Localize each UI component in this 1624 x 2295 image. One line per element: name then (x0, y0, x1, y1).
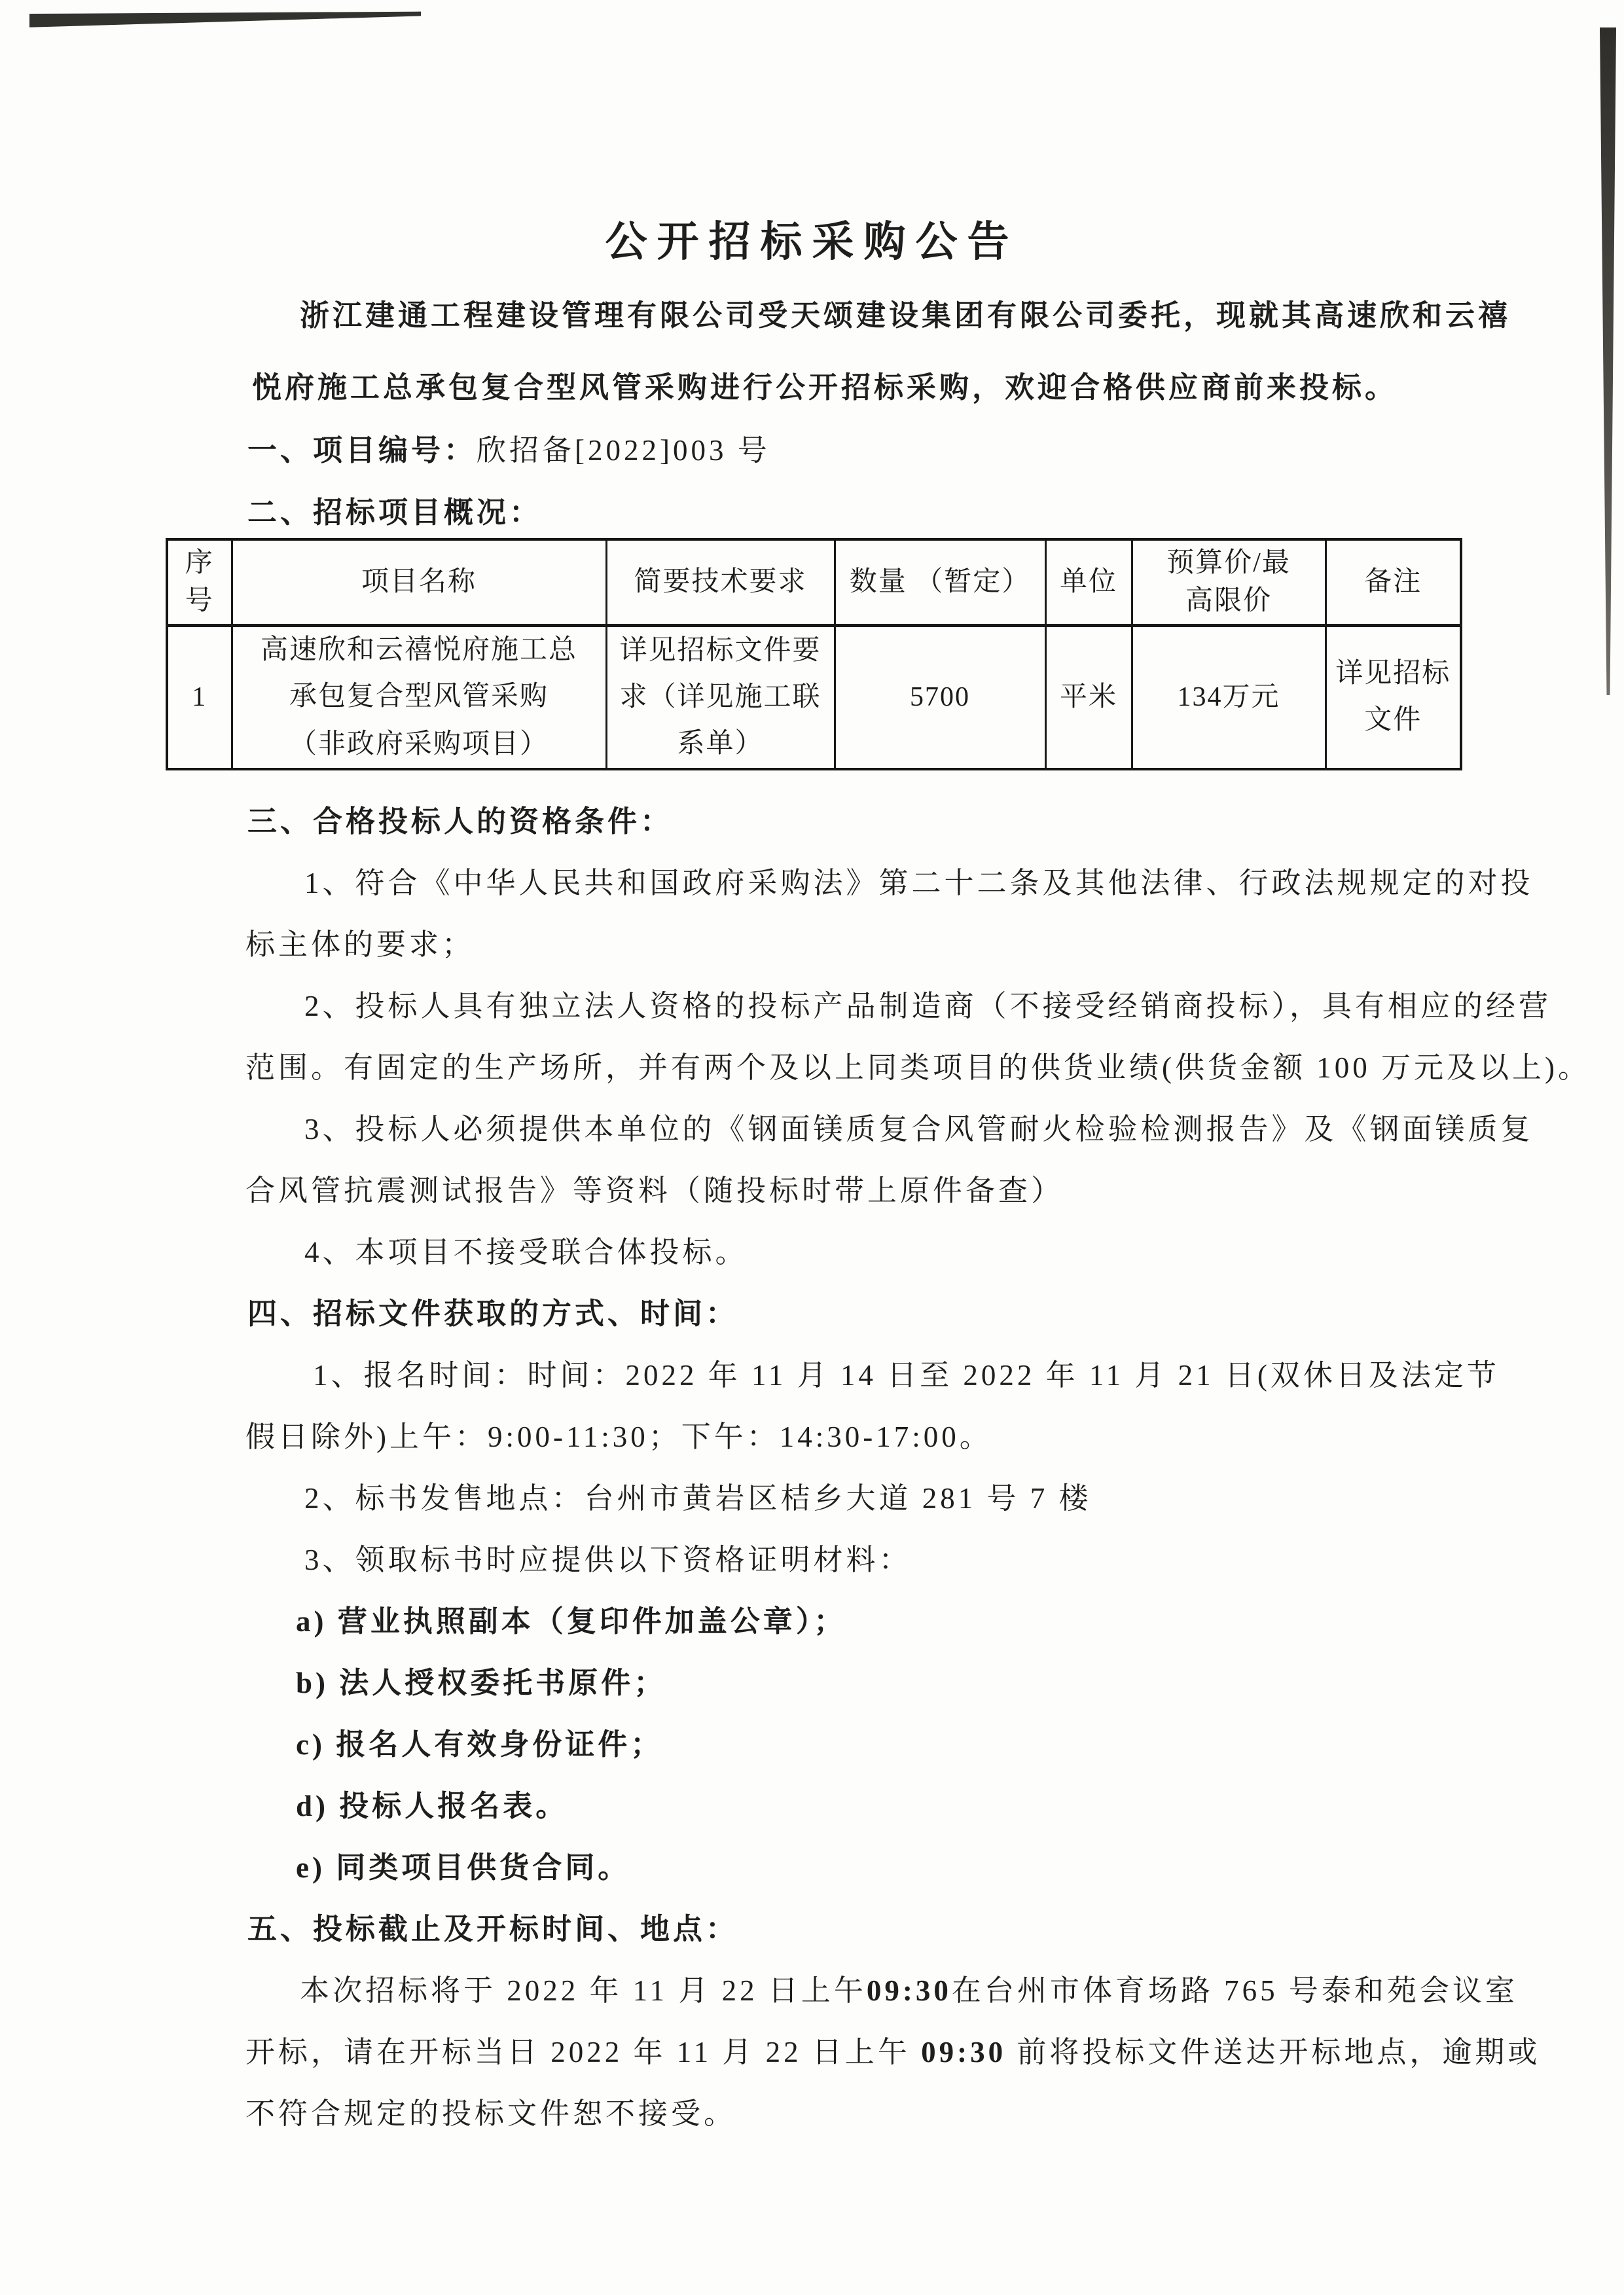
s3-item3-line2: 合风管抗震测试报告》等资料（随投标时带上原件备查） (245, 1171, 1064, 1210)
cell-unit: 平米 (1045, 625, 1132, 769)
s4-item3: 3、领取标书时应提供以下资格证明材料： (304, 1540, 912, 1580)
project-name-note: （非政府采购项目） (258, 721, 580, 768)
s5-l2-text-a: 开标，请在开标当日 2022 年 11 月 22 日上午 (245, 2036, 921, 2069)
page-title: 公开招标采购公告 (0, 208, 1624, 268)
cell-quantity: 5700 (835, 625, 1045, 769)
section-1-label: 一、项目编号： (247, 434, 477, 467)
s5-l2-text-c: 前将投标文件送达开标地点，逾期或 (1006, 2036, 1540, 2069)
header-serial-no: 序号 (167, 539, 232, 625)
s4-sub-a: a) 营业执照副本（复印件加盖公章）； (296, 1602, 846, 1641)
header-remark: 备注 (1326, 539, 1461, 625)
s4-sub-e: e) 同类项目供货合同。 (296, 1848, 630, 1887)
cell-budget-price: 134万元 (1132, 625, 1326, 769)
project-number-value: 欣招备[2022]003 号 (477, 434, 770, 467)
s4-sub-c: c) 报名人有效身份证件； (296, 1725, 663, 1764)
s5-paragraph-line1: 本次招标将于 2022 年 11 月 22 日上午09:30在台州市体育场路 7… (300, 1971, 1518, 2010)
cell-remark: 详见招标文件 (1326, 625, 1461, 769)
header-project-name: 项目名称 (232, 539, 606, 625)
s5-l2-time: 09:30 (921, 2036, 1006, 2069)
table-row: 1 高速欣和云禧悦府施工总承包复合型风管采购 （非政府采购项目） 详见招标文件要… (167, 625, 1461, 769)
s5-l1-time: 09:30 (867, 1974, 952, 2007)
scan-artifact-right-bar (1600, 27, 1616, 695)
project-overview-table: 序号 项目名称 简要技术要求 数量 （暂定） 单位 预算价/最高限价 备注 1 … (166, 538, 1462, 770)
section-1-heading: 一、项目编号：欣招备[2022]003 号 (247, 431, 770, 470)
header-unit: 单位 (1045, 539, 1132, 625)
s4-sub-b: b) 法人授权委托书原件； (296, 1663, 666, 1703)
scanned-document-page: 公开招标采购公告 浙江建通工程建设管理有限公司受天颂建设集团有限公司委托，现就其… (0, 0, 1624, 2295)
s3-item3-line1: 3、投标人必须提供本单位的《钢面镁质复合风管耐火检验检测报告》及《钢面镁质复 (304, 1110, 1534, 1149)
s4-item1-line1: 1、报名时间：时间：2022 年 11 月 14 日至 2022 年 11 月 … (313, 1356, 1500, 1395)
s3-item4: 4、本项目不接受联合体投标。 (304, 1233, 748, 1272)
intro-line-1: 浙江建通工程建设管理有限公司受天颂建设集团有限公司委托，现就其高速欣和云禧 (300, 296, 1511, 335)
s4-item2: 2、标书发售地点：台州市黄岩区桔乡大道 281 号 7 楼 (304, 1479, 1092, 1518)
cell-tech-requirements: 详见招标文件要求（详见施工联系单） (606, 625, 835, 769)
cell-project-name: 高速欣和云禧悦府施工总承包复合型风管采购 （非政府采购项目） (232, 625, 606, 769)
s5-paragraph-line3: 不符合规定的投标文件恕不接受。 (245, 2094, 736, 2133)
s3-item2-line2: 范围。有固定的生产场所，并有两个及以上同类项目的供货业绩(供货金额 100 万元… (245, 1048, 1591, 1087)
section-5-heading: 五、投标截止及开标时间、地点： (247, 1909, 738, 1949)
s3-item1-line2: 标主体的要求； (245, 925, 475, 964)
header-quantity: 数量 （暂定） (835, 539, 1045, 625)
section-2-heading: 二、招标项目概况： (247, 493, 542, 532)
section-3-heading: 三、合格投标人的资格条件： (247, 802, 673, 841)
s4-sub-d: d) 投标人报名表。 (296, 1786, 568, 1826)
project-name-main: 高速欣和云禧悦府施工总承包复合型风管采购 (258, 627, 580, 720)
s3-item1-line1: 1、符合《中华人民共和国政府采购法》第二十二条及其他法律、行政法规规定的对投 (304, 863, 1534, 903)
s5-l1-text-a: 本次招标将于 2022 年 11 月 22 日上午 (300, 1974, 867, 2007)
s5-paragraph-line2: 开标，请在开标当日 2022 年 11 月 22 日上午 09:30 前将投标文… (245, 2033, 1540, 2072)
s5-l1-text-c: 在台州市体育场路 765 号泰和苑会议室 (952, 1974, 1518, 2007)
header-tech-requirements: 简要技术要求 (606, 539, 835, 625)
table-header-row: 序号 项目名称 简要技术要求 数量 （暂定） 单位 预算价/最高限价 备注 (167, 539, 1461, 625)
s4-item1-line2: 假日除外)上午：9:00-11:30；下午：14:30-17:00。 (245, 1417, 992, 1456)
cell-serial-no: 1 (167, 625, 232, 769)
s3-item2-line1: 2、投标人具有独立法人资格的投标产品制造商（不接受经销商投标），具有相应的经营 (304, 986, 1551, 1026)
intro-line-2: 悦府施工总承包复合型风管采购进行公开招标采购，欢迎合格供应商前来投标。 (252, 368, 1398, 407)
scan-artifact-top-line (29, 10, 421, 29)
header-budget-price: 预算价/最高限价 (1132, 539, 1326, 625)
section-4-heading: 四、招标文件获取的方式、时间： (247, 1294, 738, 1333)
